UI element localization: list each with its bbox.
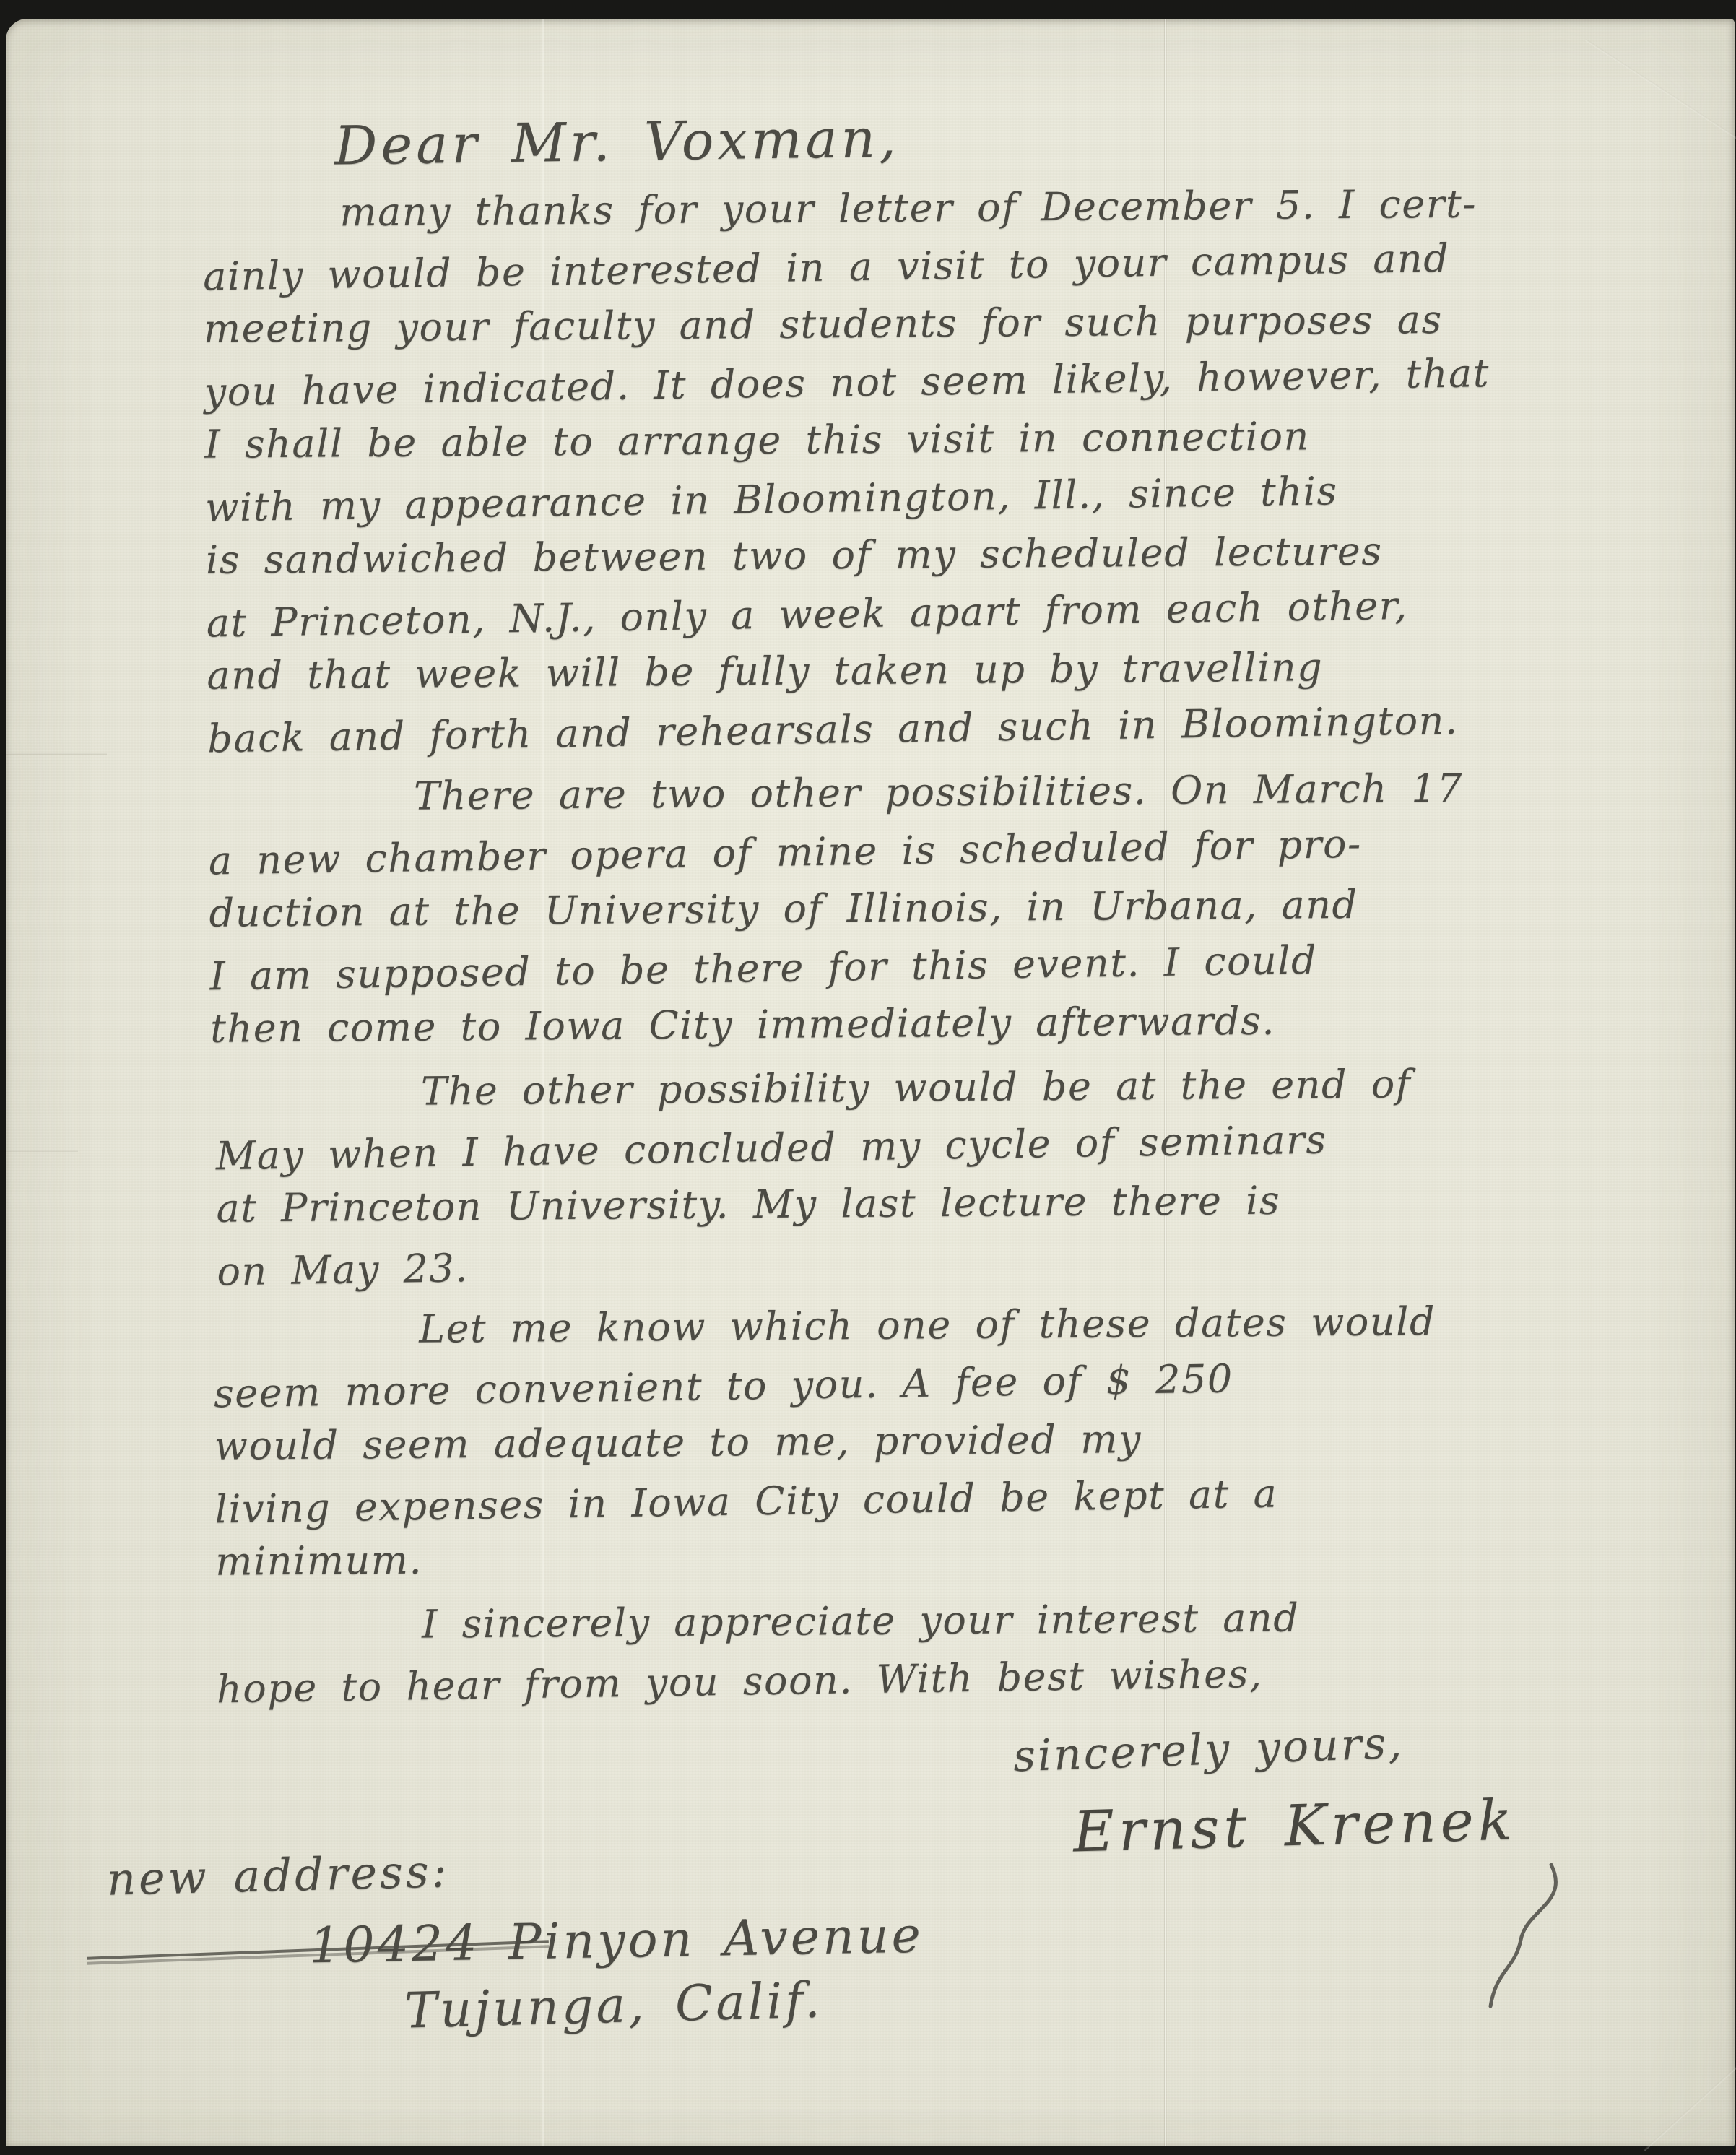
horizontal-fold-crease xyxy=(6,1150,78,1152)
letter-line: then come to Iowa City immediately after… xyxy=(210,989,1720,1058)
salutation: Dear Mr. Voxman, xyxy=(334,108,900,178)
letter-page: Dear Mr. Voxman, many thanks for your le… xyxy=(6,19,1735,2146)
paragraph: The other possibility would be at the en… xyxy=(211,1052,1722,1297)
new-address-label: new address: xyxy=(106,1844,450,1906)
signature-flourish-icon xyxy=(1479,1862,1580,2013)
paragraph: I sincerely appreciate your interest and… xyxy=(216,1584,1726,1714)
paragraph: Let me know which one of these dates wou… xyxy=(213,1289,1725,1592)
corner-crease xyxy=(1585,39,1736,175)
signature: Ernst Krenek xyxy=(1072,1787,1517,1865)
paragraph: many thanks for your letter of December … xyxy=(202,172,1717,764)
paragraph: There are two other possibilities. On Ma… xyxy=(208,756,1720,1059)
horizontal-fold-crease xyxy=(6,753,107,755)
address-line-2: Tujunga, Calif. xyxy=(404,1972,823,2039)
address-line-1: 10424 Pinyon Avenue xyxy=(308,1907,924,1975)
letter-line: minimum. xyxy=(215,1522,1725,1591)
closing-line: sincerely yours, xyxy=(1012,1718,1405,1782)
corner-crease xyxy=(1644,2005,1736,2151)
letter-body: many thanks for your letter of December … xyxy=(202,172,1726,1721)
scan-background: { "colors": { "scan_background": "#18181… xyxy=(0,0,1736,2155)
